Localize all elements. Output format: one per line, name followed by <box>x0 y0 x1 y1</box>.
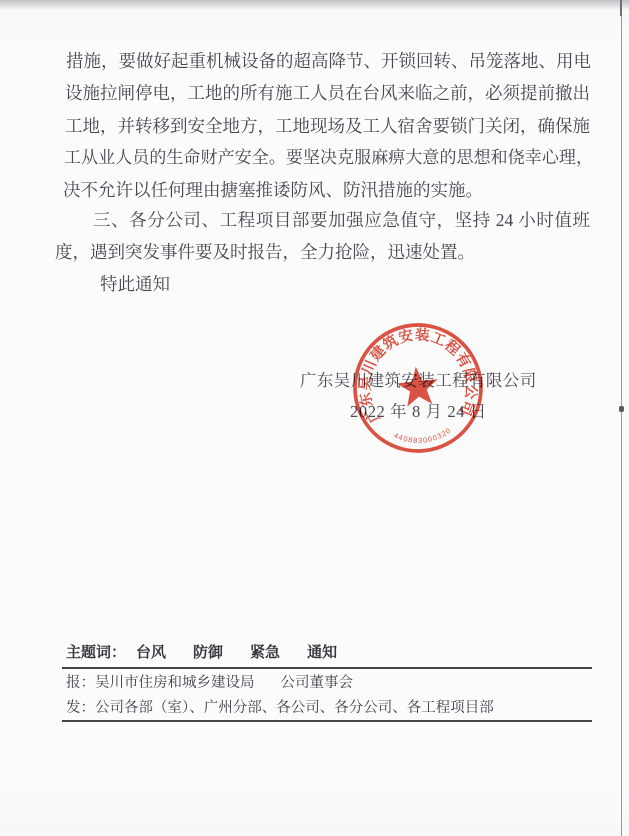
body-line: 决不允许以任何理由搪塞推诿防风、防汛措施的实施。 <box>63 178 483 202</box>
body-line: 三、各分公司、工程项目部要加强应急值守，坚持 24 小时值班制 <box>93 208 590 232</box>
dispatch-row: 发：公司各部（室）、广州分部、各公司、各分公司、各工程项目部 <box>66 699 494 718</box>
report-label: 报： <box>66 675 95 691</box>
subject-keyword: 防御 <box>193 643 223 663</box>
company-seal: 广东吴川建筑安装工程有限公司 440883000320 <box>344 314 491 461</box>
subject-label: 主题词： <box>66 643 126 663</box>
scanned-notice-page: 措施，要做好起重机械设备的超高降节、开锁回转、吊笼落地、用电 设施拉闸停电，工地… <box>0 0 629 836</box>
body-line: 工地，并转移到安全地方，工地现场及工人宿舍要锁门关闭，确保施 <box>65 114 590 138</box>
subject-keywords-row: 主题词： 台风 防御 紧急 通知 <box>66 643 337 663</box>
divider-line <box>62 667 592 669</box>
closing-line: 特此通知 <box>100 272 170 296</box>
body-line: 工从业人员的生命财产安全。要坚决克服麻痹大意的思想和侥幸心理， <box>64 146 593 170</box>
subject-keyword: 通知 <box>307 643 337 663</box>
body-line: 措施，要做好起重机械设备的超高降节、开锁回转、吊笼落地、用电 <box>66 49 591 73</box>
subject-keyword: 台风 <box>136 643 166 663</box>
divider-line-bottom <box>62 720 592 722</box>
scan-edge-cap <box>620 0 622 16</box>
body-line: 度，遇到突发事件要及时报告，全力抢险，迅速处置。 <box>55 240 475 264</box>
report-to-2: 公司董事会 <box>281 675 354 691</box>
subject-keyword: 紧急 <box>250 643 280 663</box>
body-line: 设施拉闸停电，工地的所有施工人员在台风来临之前，必须提前撤出 <box>65 81 590 105</box>
report-to-1: 吴川市住房和城乡建设局 <box>95 675 255 691</box>
scan-edge-line <box>621 0 622 836</box>
report-row: 报：吴川市住房和城乡建设局公司董事会 <box>66 674 353 693</box>
scan-top-shadow <box>0 0 629 10</box>
seal-star-icon <box>396 365 441 408</box>
scan-artifact-dot <box>619 406 624 412</box>
